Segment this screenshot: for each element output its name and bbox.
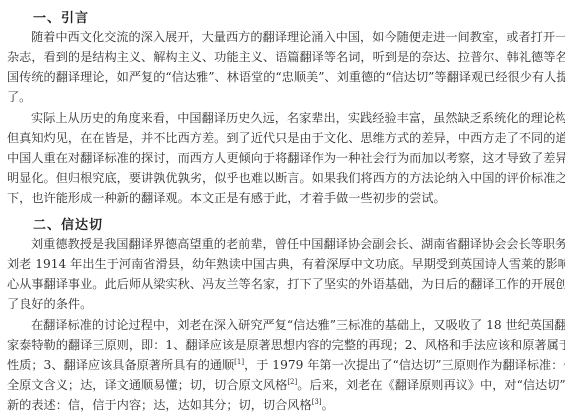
- citation-ref-3[interactable]: [3]: [312, 398, 322, 406]
- paragraph-line: 了。: [7, 90, 559, 104]
- line-text: 全原文含义；达，译文通顺易懂；切，切合原文风格: [7, 378, 287, 392]
- paragraph-line: 杂志，看到的是结构主义、解构主义、功能主义、语篇翻译等名词，听到是的奈达、拉普尔…: [7, 50, 559, 64]
- paragraph-line: 性质；3、翻译应该具备原著所具有的通顺[1]，于 1979 年第一次提出了“信达…: [7, 358, 559, 372]
- paragraph-line: 下，也许能形成一种新的翻译观。本文正是有感于此，才着手做一些初步的尝试。: [7, 191, 559, 205]
- line-text: ，于 1979 年第一次提出了“信达切”三原则作为翻译标准：信，保: [244, 358, 565, 372]
- paragraph-line: 心从事翻译事业。此后师从梁实秋、冯友兰等名家，打下了坚实的外语基础，为日后的翻译…: [7, 277, 559, 291]
- citation-ref-1[interactable]: [1]: [234, 358, 244, 366]
- line-text: 。后来，刘老在《翻译原则再议》中，对“信达切”标准做了: [297, 378, 565, 392]
- citation-ref-2[interactable]: [2]: [287, 378, 297, 386]
- line-text: 。: [322, 398, 334, 412]
- line-text: 性质；3、翻译应该具备原著所具有的通顺: [7, 358, 234, 372]
- section-heading-introduction: 一、引言: [33, 7, 89, 26]
- paragraph-line: 了良好的条件。: [7, 297, 559, 311]
- paragraph-line: 新的表述：信，信于内容；达，达如其分；切，切合风格[3]。: [7, 398, 559, 412]
- line-text: 新的表述：信，信于内容；达，达如其分；切，切合风格: [7, 398, 312, 412]
- paragraph-line: 刘老 1914 年出生于河南省滑县，幼年熟读中国古典，有着深厚中文功底。早期受到…: [7, 257, 559, 271]
- paragraph-line: 在翻译标准的讨论过程中，刘老在深入研究严复“信达雅”三标准的基础上，又吸收了 1…: [31, 318, 559, 332]
- paragraph-line: 全原文含义；达，译文通顺易懂；切，切合原文风格[2]。后来，刘老在《翻译原则再议…: [7, 378, 559, 392]
- paragraph-line: 家泰特勒的翻译三原则，即：1、翻译应该是原著思想内容的完整的再现；2、风格和手法…: [7, 338, 559, 352]
- paragraph-line: 中国人重在对翻译标准的探讨，而西方人更倾向于将翻译作为一种社会行为而加以考察，这…: [7, 151, 559, 165]
- paragraph-line: 实际上从历史的角度来看，中国翻译历史久远，名家辈出，实践经验丰富，虽然缺乏系统化…: [31, 111, 559, 125]
- paragraph-line: 国传统的翻译理论，如严复的“信达雅”、林语堂的“忠顺美”、刘重德的“信达切”等翻…: [7, 70, 559, 84]
- paragraph-line: 刘重德教授是我国翻译界德高望重的老前辈，曾任中国翻译协会副会长、湖南省翻译协会会…: [31, 237, 559, 251]
- section-heading-xin-da-qie: 二、信达切: [33, 214, 103, 233]
- paragraph-line: 明显化。但归根究底，要讲孰优孰劣，似乎也难以断言。如果我们将西方的方法论纳入中国…: [7, 171, 559, 185]
- paragraph-line: 随着中西文化交流的深入展开，大量西方的翻译理论涌入中国，如今随便走进一间教室，或…: [31, 30, 559, 44]
- paragraph-line: 但真知灼见，在在皆是，并不比西方差。到了近代只是由于文化、思维方式的差异，中西方…: [7, 131, 559, 145]
